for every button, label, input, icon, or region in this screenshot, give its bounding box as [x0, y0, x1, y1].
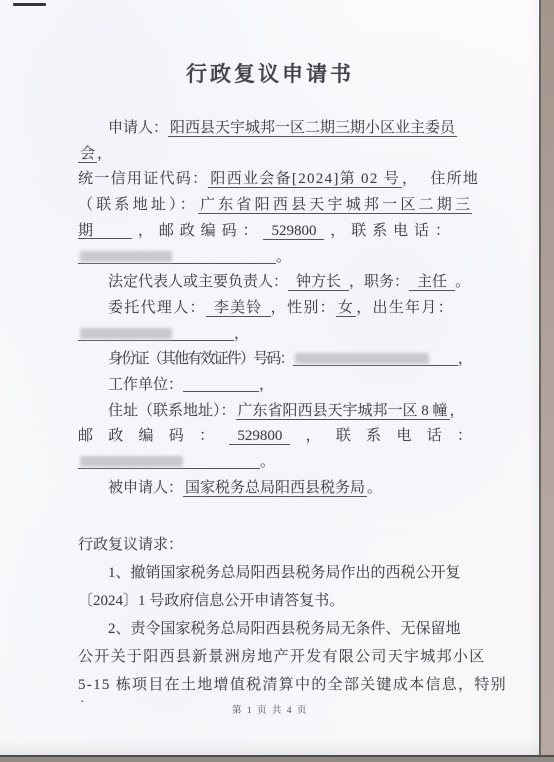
comma: ， [458, 351, 473, 367]
residence-address-tail: 期 [78, 219, 132, 239]
request-section: 行政复议请求： 1、撤销国家税务总局阳西县税务局作出的西税公开复 〔2024〕1… [78, 531, 472, 699]
request-item-2-line-3: 5-15 栋项目在土地增值税清算中的全部关键成本信息，特别 [78, 671, 472, 699]
contact-address-label: （联系地址）： [78, 197, 198, 213]
agent-label: 委托代理人： [108, 300, 206, 316]
page-number-footer: 第 1 页 共 4 页 [0, 702, 540, 716]
line-contact-address: （联系地址）：广东省阳西县天宇城邦一区二期三 [78, 193, 472, 219]
address-value: 广东省阳西县天宇城邦一区 8 幢 [236, 403, 450, 420]
line-phone-redacted: 。 [78, 245, 472, 271]
line-postal-phone: 期，邮政编码：529800，联系电话： [78, 219, 450, 245]
line-id-number: 身份证（其他有效证件）号码：， [78, 347, 472, 373]
agent-value: 李美铃 [206, 300, 271, 317]
applicant-value: 阳西县天宇城邦一区二期三期小区业主委员 [168, 120, 457, 137]
comma: ， [97, 146, 112, 162]
residence-label: 住所地 [430, 171, 479, 187]
line-applicant-cont: 会， [78, 142, 472, 168]
line-agent: 委托代理人：李美铃，性别：女，出生年月： [78, 296, 472, 322]
document-title: 行政复议申请书 [0, 58, 540, 88]
postal-code-value: 529800 [263, 223, 324, 240]
address-label: 住址（联系地址）： [108, 403, 236, 419]
redaction-blur [295, 353, 429, 364]
line-work-unit: 工作单位：， [78, 373, 472, 399]
applicant-value-cont: 会 [78, 146, 97, 163]
line-credit-code: 统一信用证代码：阳西业会备[2024]第 02 号，住所地 [78, 167, 472, 193]
period: 。 [367, 480, 382, 496]
postal-code-value-2: 529800 [229, 428, 290, 445]
redaction-blur [80, 456, 183, 467]
request-item-1-line-2: 〔2024〕1 号政府信息公开申请答复书。 [78, 587, 472, 615]
phone-label-2: ，联系电话： [290, 428, 472, 444]
gender-value: 女 [336, 300, 356, 317]
birthdate-label: ，出生年月： [356, 300, 454, 316]
applicant-label: 申请人： [108, 120, 168, 136]
redacted-phone-field-2 [78, 454, 260, 469]
request-item-1-line-1: 1、撤销国家税务总局阳西县税务局作出的西税公开复 [78, 559, 472, 587]
redaction-blur [80, 251, 172, 262]
scanned-page: 行政复议申请书 申请人：阳西县天宇城邦一区二期三期小区业主委员 会， 统一信用证… [0, 0, 554, 762]
scan-edge-right [539, 0, 554, 762]
comma: ， [259, 377, 274, 393]
comma: ， [234, 326, 249, 342]
line-legal-rep: 法定代表人或主要负责人：钟方长，职务：主任。 [78, 270, 472, 296]
line-birthdate-redacted: ， [78, 322, 472, 348]
respondent-value: 国家税务总局阳西县税务局 [183, 480, 367, 497]
request-item-2-line-2: 公开关于阳西县新景洲房地产开发有限公司天宇城邦小区 [78, 643, 472, 671]
gender-label: ，性别： [271, 300, 336, 316]
postal-code-label: ，邮政编码： [132, 223, 263, 239]
redaction-blur [80, 328, 172, 339]
credit-code-value: 阳西业会备[2024]第 02 号 [208, 171, 402, 188]
phone-label: ，联系电话： [324, 223, 450, 239]
postal-code-label-2: 邮政编码： [78, 428, 229, 444]
redacted-id-field [293, 351, 458, 366]
respondent-label: 被申请人： [108, 480, 183, 496]
period: 。 [260, 454, 275, 470]
redacted-birthdate-field [78, 326, 234, 341]
line-address: 住址（联系地址）：广东省阳西县天宇城邦一区 8 幢， [78, 399, 472, 425]
credit-code-label: 统一信用证代码： [78, 171, 208, 187]
request-heading: 行政复议请求： [78, 531, 472, 559]
id-number-label: 身份证（其他有效证件）号码： [108, 351, 293, 367]
redacted-phone-field [78, 249, 276, 264]
work-unit-label: 工作单位： [108, 377, 183, 393]
line-postal-phone-2: 邮政编码：529800，联系电话： [78, 424, 472, 450]
line-phone-redacted-2: 。 [78, 450, 472, 476]
blank-work-unit-field [183, 377, 259, 392]
scan-edge-bottom [0, 755, 554, 762]
period: 。 [455, 274, 470, 290]
legal-rep-label: 法定代表人或主要负责人： [108, 274, 288, 290]
request-item-2-line-1: 2、责令国家税务总局阳西县税务局无条件、无保留地 [78, 615, 472, 643]
line-respondent: 被申请人：国家税务总局阳西县税务局。 [78, 476, 472, 502]
position-label: ，职务： [349, 274, 409, 290]
comma: ， [402, 171, 418, 187]
legal-rep-value: 钟方长 [288, 274, 349, 291]
line-applicant: 申请人：阳西县天宇城邦一区二期三期小区业主委员 [78, 116, 472, 142]
scan-artifact-mark [13, 3, 46, 6]
residence-address-value: 广东省阳西县天宇城邦一区二期三 [198, 197, 472, 214]
form-section: 申请人：阳西县天宇城邦一区二期三期小区业主委员 会， 统一信用证代码：阳西业会备… [78, 116, 472, 502]
comma: ， [450, 403, 465, 419]
period: 。 [276, 249, 291, 265]
position-value: 主任 [409, 274, 455, 291]
